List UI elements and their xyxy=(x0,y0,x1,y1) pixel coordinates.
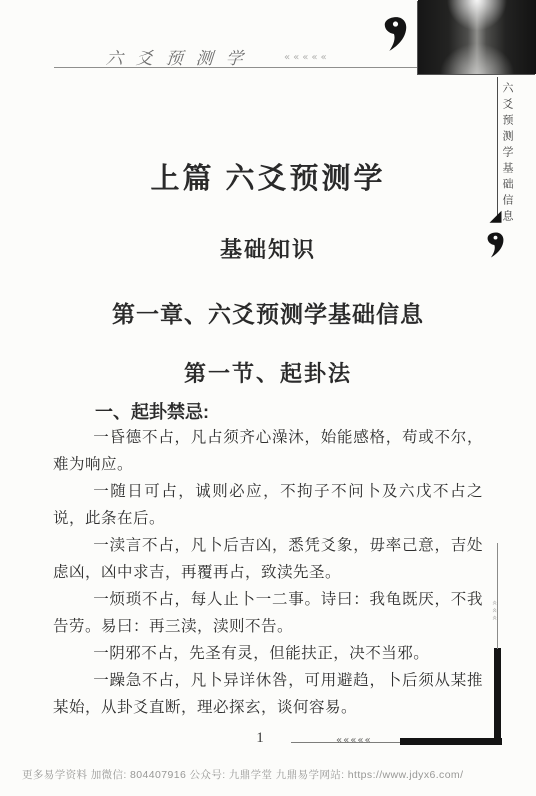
paragraph: 一昏德不占，凡占须齐心澡沐，始能感格，苟或不尔，难为响应。 xyxy=(53,424,483,478)
chevron-marks-icon: ««««« xyxy=(284,52,330,63)
paragraph: 一随日可占，诚则必应，不拘子不问卜及六戊不占之说，此条在后。 xyxy=(53,478,483,532)
running-title: 六爻预测学 xyxy=(105,44,257,69)
chevron-marks-icon: ««««« xyxy=(336,735,372,746)
paragraph: 一烦琐不占，每人止卜一二事。诗曰：我龟既厌，不我告劳。易曰：再三渎，渎则不告。 xyxy=(53,586,483,640)
part-title: 上篇 六爻预测学 xyxy=(53,156,483,197)
corner-thin-rule xyxy=(497,543,498,649)
paragraph: 一躁急不占，凡卜异详休咎，可用避趋，卜后须从某推某始，从卦爻直断，理必探玄，谈何… xyxy=(53,667,483,721)
side-vertical-title: 六爻预测学基础信息 xyxy=(499,82,515,226)
corner-border-vertical xyxy=(494,648,501,745)
paragraph: 一渎言不占，凡卜后吉凶，悉凭爻象，毋率己意，吉处虑凶，凶中求吉，再覆再占，致渎先… xyxy=(53,532,483,586)
header-rule xyxy=(54,67,422,68)
page-number: 1 xyxy=(250,730,270,747)
corner-border-horizontal xyxy=(400,738,502,745)
section-title: 第一节、起卦法 xyxy=(53,357,483,388)
side-rule xyxy=(497,77,498,217)
taiji-comma-icon xyxy=(487,231,504,264)
chevron-marks-icon: ««« xyxy=(489,600,499,623)
body-text: 一昏德不占，凡占须齐心澡沐，始能感格，苟或不尔，难为响应。 一随日可占，诚则必应… xyxy=(53,424,483,721)
list-heading: 一、起卦禁忌: xyxy=(95,398,209,424)
chapter-title: 第一章、六爻预测学基础信息 xyxy=(53,296,483,329)
arrow-icon xyxy=(488,208,503,229)
subtitle: 基础知识 xyxy=(53,233,483,264)
book-page: 六爻预测学 ««««« 六爻预测学基础信息 上篇 六爻预测学 基础知识 第一章、… xyxy=(0,0,536,796)
taiji-comma-icon xyxy=(384,15,407,58)
trees-photo xyxy=(418,0,536,74)
paragraph: 一阴邪不占，先圣有灵，但能扶正，决不当邪。 xyxy=(53,640,483,667)
watermark-text: 更多易学资料 加微信: 804407916 公众号: 九鼎学堂 九鼎易学网站: … xyxy=(22,767,492,782)
